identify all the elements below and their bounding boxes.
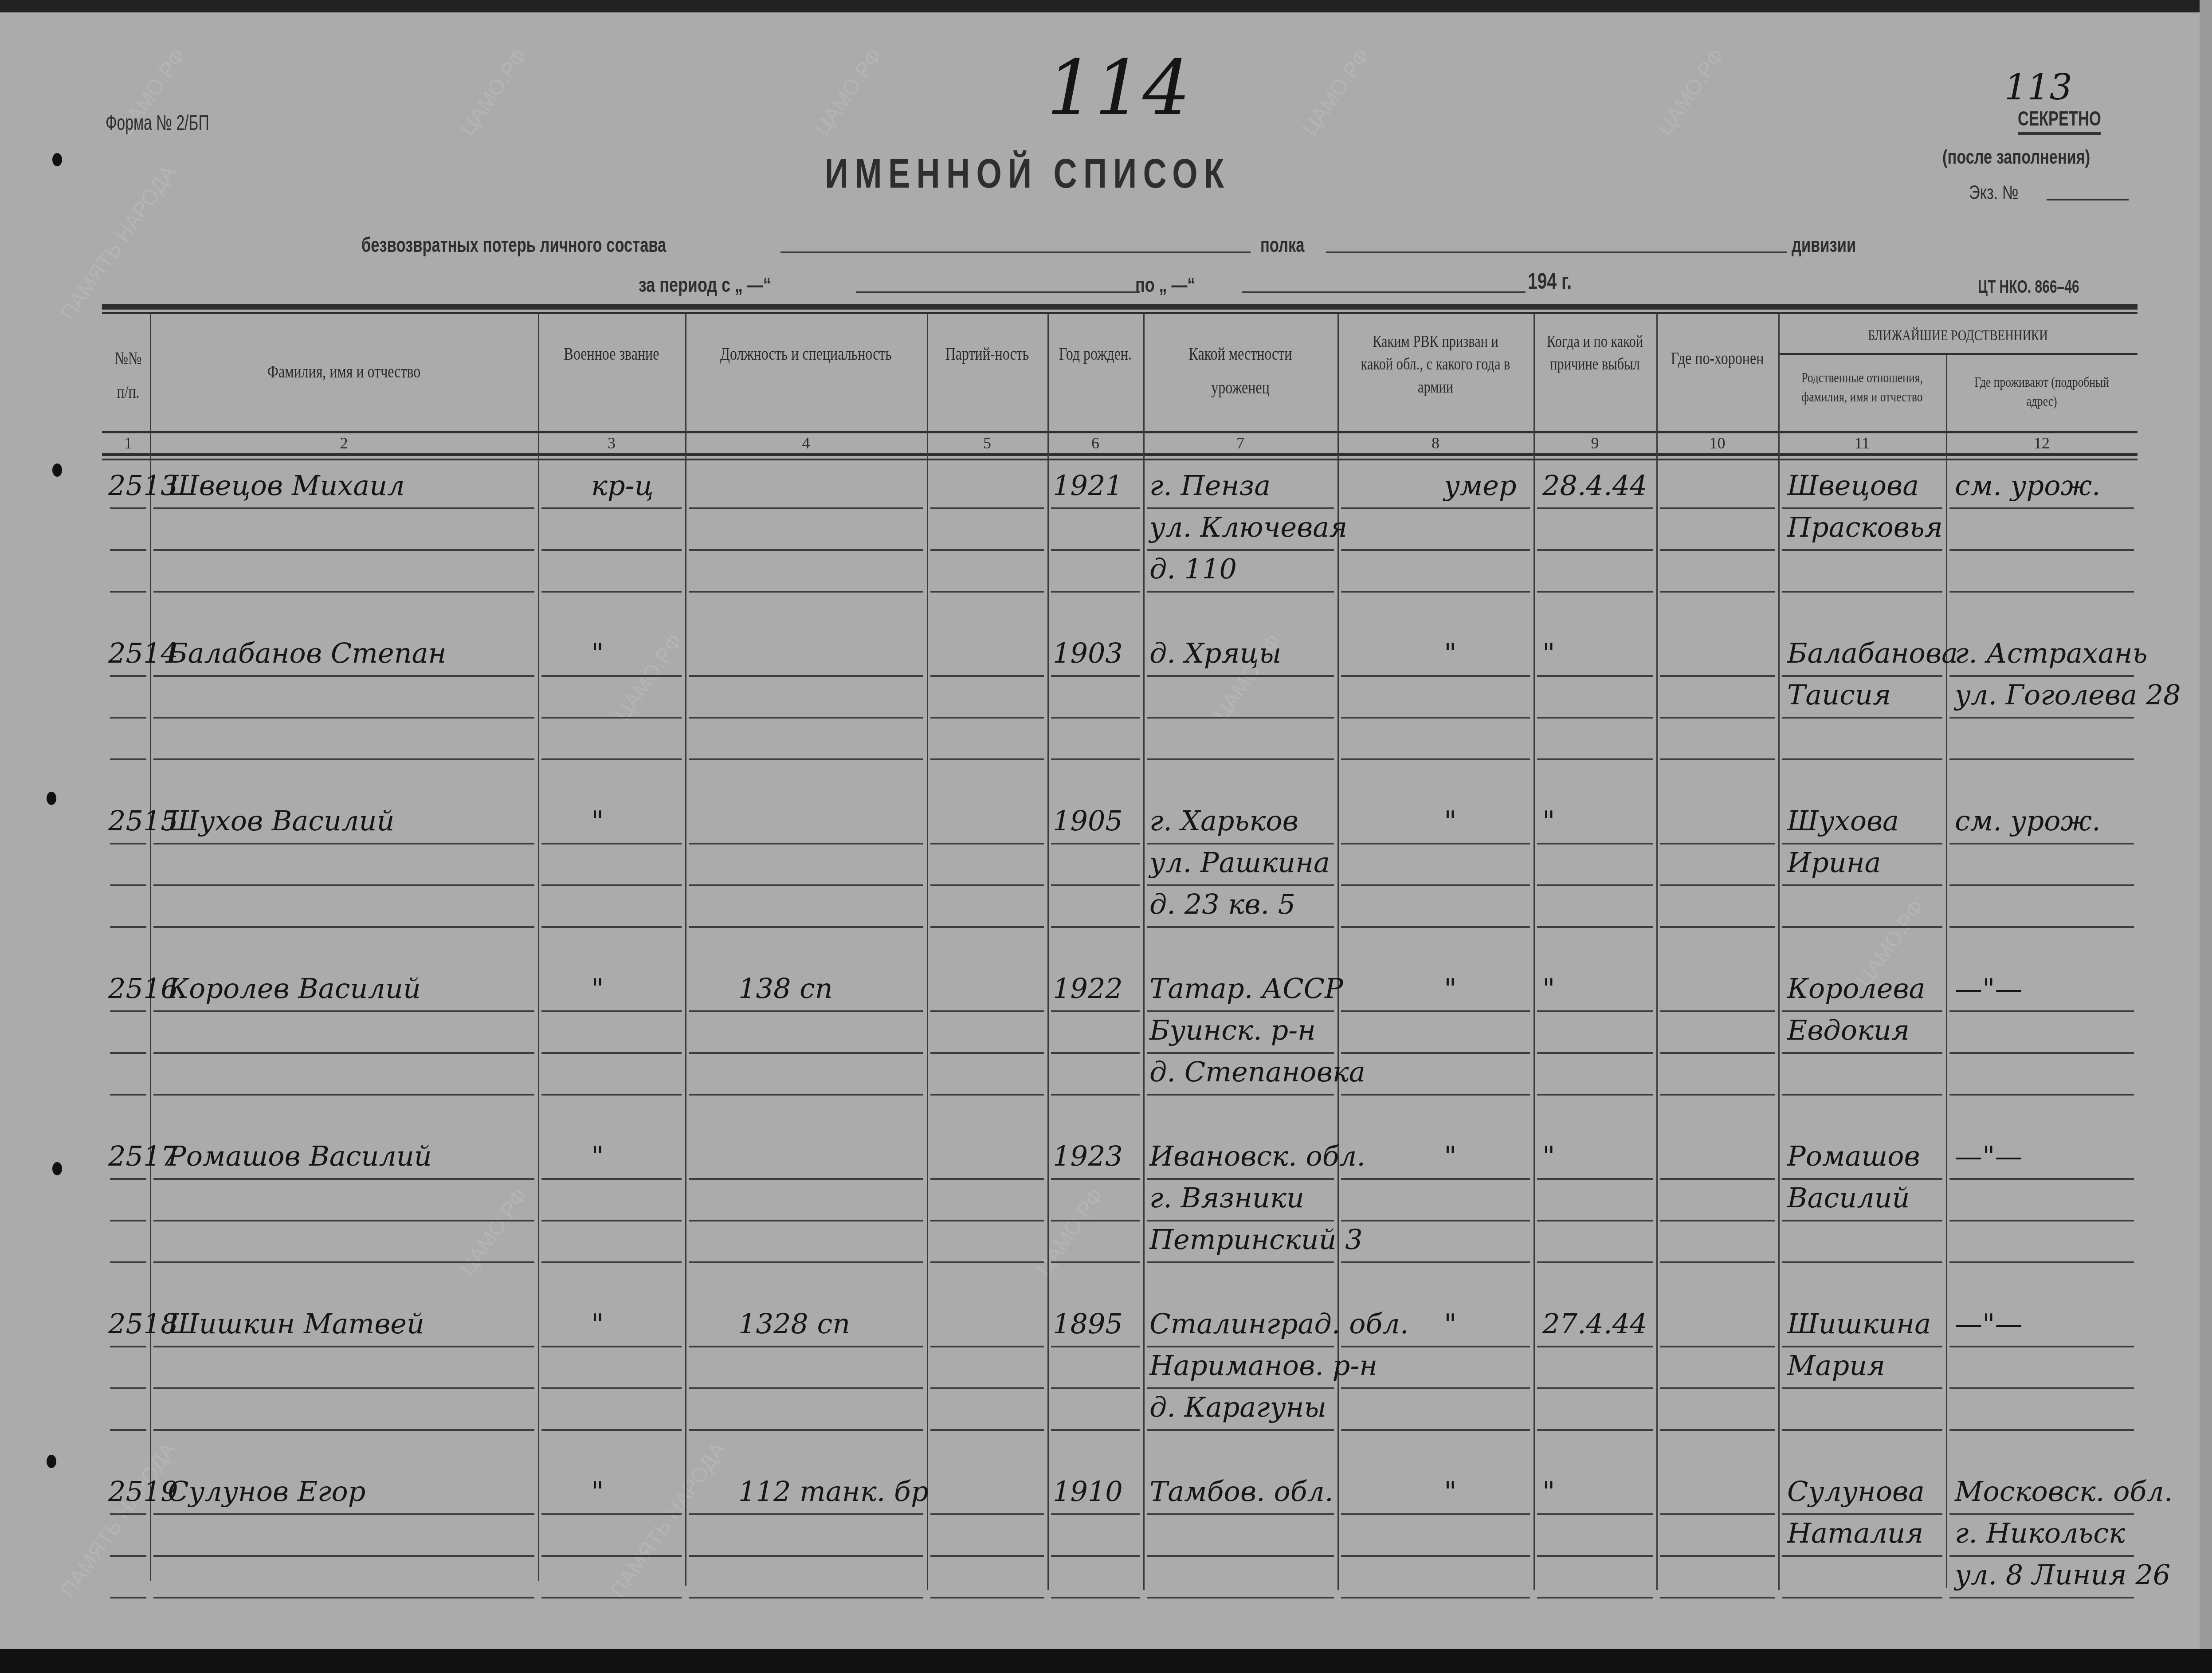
soldier-name: Шухов Василий [168,805,394,837]
ruled-line [1660,758,1775,760]
ruled-line [1660,1346,1775,1347]
ruled-line [1147,549,1334,551]
ruled-line [1660,1010,1775,1012]
regiment-field [1326,251,1787,253]
birth-year: 1910 [1053,1475,1123,1508]
ruled-line [1147,843,1334,844]
ruled-line [1051,1261,1140,1263]
column-divider [1778,313,1780,1590]
ruled-line [110,591,146,593]
ruled-line [689,1429,923,1431]
ruled-line [1051,717,1140,719]
ruled-line [1949,1597,2134,1598]
ruled-line [689,1261,923,1263]
ruled-line [541,675,682,677]
ruled-line [541,884,682,886]
birthplace-line: Буинск. р-н [1149,1014,1316,1046]
column-divider [1337,313,1339,1590]
position: 138 сп [738,972,833,1005]
ruled-line [1537,1220,1653,1221]
ruled-line [153,591,534,593]
ruled-line [930,1261,1044,1263]
ruled-line [1949,884,2134,886]
conscription-info: " [1444,1140,1457,1172]
ruled-line [153,1597,534,1598]
ruled-line [689,1555,923,1557]
column-divider [1143,313,1145,1590]
scan-bottom-edge [0,1649,2212,1673]
ruled-line [541,1346,682,1347]
birth-year: 1922 [1053,972,1123,1005]
ruled-line [930,507,1044,509]
column-header-10: Где по-хоронен [1669,342,1766,375]
column-header-7: Какой местности уроженец [1163,337,1318,405]
ruled-line [689,1220,923,1221]
ruled-line [1660,675,1775,677]
table-top-rule-thin [102,312,2137,314]
ruled-line [541,1387,682,1389]
ruled-line [1051,507,1140,509]
ruled-line [1051,758,1140,760]
ruled-line [689,884,923,886]
ruled-line [1660,1178,1775,1180]
birthplace-line: г. Пенза [1149,469,1271,502]
relative-address-line: ул. 8 Линия 26 [1955,1559,2170,1591]
ruled-line [1147,926,1334,928]
scan-right-edge [2200,0,2212,1673]
ruled-line [1537,549,1653,551]
ruled-line [1051,1052,1140,1054]
ruled-line [689,926,923,928]
ruled-line [110,1220,146,1221]
ruled-line [930,1429,1044,1431]
ruled-line [1660,1387,1775,1389]
birthplace-line: ул. Ключевая [1149,511,1347,543]
ruled-line [153,884,534,886]
ruled-line [930,926,1044,928]
ruled-line [153,1220,534,1221]
ruled-line [689,591,923,593]
ruled-line [1341,549,1530,551]
ruled-line [541,1094,682,1096]
period-to-field [1242,291,1526,293]
ruled-line [1949,1429,2134,1431]
ruled-line [1147,591,1334,593]
ruled-line [1782,1052,1942,1054]
birthplace-line: Нариманов. р-н [1149,1349,1377,1382]
ruled-line [1147,1429,1334,1431]
ruled-line [1341,1597,1530,1598]
ruled-line [110,1010,146,1012]
relative-address-line: —"— [1955,972,2023,1005]
military-rank: " [591,1308,604,1340]
military-rank: " [591,637,604,669]
ruled-line [153,1346,534,1347]
ruled-line [1537,1094,1653,1096]
column-header-5: Партий-ность [939,337,1035,371]
ruled-line [1949,1346,2134,1347]
ruled-line [689,1010,923,1012]
ruled-line [1051,1094,1140,1096]
ruled-line [1949,1052,2134,1054]
ruled-line [153,1178,534,1180]
ruled-line [110,717,146,719]
ruled-line [1660,1220,1775,1221]
birthplace-line: г. Харьков [1149,805,1298,837]
ruled-line [153,926,534,928]
ruled-line [1147,884,1334,886]
ruled-line [930,1346,1044,1347]
ruled-line [930,717,1044,719]
ruled-line [1660,1094,1775,1096]
ruled-line [1782,1513,1942,1515]
column-divider [1047,313,1049,1590]
birthplace-line: г. Вязники [1149,1182,1304,1214]
print-code: ЦТ НКО. 866–46 [1978,277,2079,297]
ruled-line [1537,1429,1653,1431]
military-rank: кр-ц [591,469,654,502]
ruled-line [1341,1052,1530,1054]
column-header-2: Фамилия, имя и отчество [189,355,499,389]
ruled-line [1660,717,1775,719]
classification-stamp: СЕКРЕТНО [2018,106,2101,135]
ruled-line [1782,507,1942,509]
ruled-line [1949,1261,2134,1263]
ruled-line [1782,1094,1942,1096]
soldier-name: Королев Василий [168,972,421,1005]
column-divider [685,313,686,1586]
position: 1328 сп [738,1308,850,1340]
relative-name-line: Королева [1787,972,1926,1005]
relative-address-line: г. Никольск [1955,1517,2125,1549]
soldier-name: Сулунов Егор [168,1475,365,1508]
ruled-line [110,843,146,844]
ruled-line [153,1429,534,1431]
column-number: 11 [1778,434,1946,452]
ruled-line [1537,1346,1653,1347]
column-header-3: Военное звание [553,337,671,371]
ruled-line [1341,591,1530,593]
ruled-line [153,1094,534,1096]
ruled-line [1660,926,1775,928]
column-number: 10 [1656,434,1778,452]
ruled-line [930,1387,1044,1389]
birthplace-line: Татар. АССР [1149,972,1343,1005]
ruled-line [110,1178,146,1180]
ruled-line [689,549,923,551]
ruled-line [1147,1094,1334,1096]
ruled-line [1660,1513,1775,1515]
ruled-line [930,1597,1044,1598]
ruled-line [1782,843,1942,844]
handwritten-page-number: 114 [1047,44,1190,132]
ruled-line [110,1597,146,1598]
birthplace-line: д. 23 кв. 5 [1149,888,1295,920]
column-number: 8 [1337,434,1533,452]
ruled-line [930,758,1044,760]
ruled-line [153,507,534,509]
birth-year: 1895 [1053,1308,1123,1340]
ruled-line [541,1178,682,1180]
position: 112 танк. бр [738,1475,929,1508]
ruled-line [1782,1597,1942,1598]
ruled-line [1051,1010,1140,1012]
ruled-line [1782,926,1942,928]
ruled-line [1341,1429,1530,1431]
military-rank: " [591,1475,604,1508]
ruled-line [1147,717,1334,719]
ruled-line [1537,1010,1653,1012]
ruled-line [1537,591,1653,593]
ruled-line [1782,1346,1942,1347]
ruled-line [1537,926,1653,928]
ruled-line [1949,1555,2134,1557]
ruled-line [1537,1513,1653,1515]
relative-name-line: Балабанова [1787,637,1958,669]
ruled-line [153,1261,534,1263]
ruled-line [1051,1178,1140,1180]
ruled-line [1660,1261,1775,1263]
ruled-line [1051,1429,1140,1431]
relative-address-line: г. Астрахань [1955,637,2147,669]
ruled-line [110,758,146,760]
ruled-line [689,1178,923,1180]
column-divider [538,313,539,1581]
ruled-line [153,1052,534,1054]
ruled-line [1341,1387,1530,1389]
ruled-line [1782,549,1942,551]
ruled-line [1341,507,1530,509]
ruled-line [1949,1220,2134,1221]
relative-address-line: см. урож. [1955,469,2101,502]
column-header-9: Когда и по какой причине выбыл [1546,330,1644,376]
relative-address-line: см. урож. [1955,805,2101,837]
column-number: 5 [927,434,1047,452]
ruled-line [1341,843,1530,844]
ruled-line [689,1387,923,1389]
ruled-line [1949,843,2134,844]
ruled-line [1147,758,1334,760]
numbers-row-rule-thin [102,459,2137,460]
ruled-line [930,884,1044,886]
ruled-line [110,1555,146,1557]
relative-name-line: Евдокия [1787,1014,1910,1046]
column-header-6: Год рожден. [1057,337,1134,371]
column-number: 6 [1047,434,1143,452]
table-top-rule [102,304,2137,310]
ruled-line [541,717,682,719]
departure-date-reason: " [1542,1140,1555,1172]
ruled-line [1051,1346,1140,1347]
departure-date-reason: 27.4.44 [1542,1308,1647,1340]
column-divider [1533,313,1535,1590]
ruled-line [1147,1513,1334,1515]
ruled-line [1051,549,1140,551]
ruled-line [1537,758,1653,760]
ruled-line [153,1010,534,1012]
ruled-line [1537,507,1653,509]
soldier-name: Ромашов Василий [168,1140,432,1172]
relative-name-line: Шухова [1787,805,1899,837]
relative-name-line: Наталия [1787,1517,1923,1549]
relative-name-line: Таисия [1787,679,1891,711]
relatives-group-rule [1778,353,2137,355]
losses-label: безвозвратных потерь личного состава [361,233,666,257]
birthplace-line: д. Хряцы [1149,637,1281,669]
ruled-line [689,1346,923,1347]
column-number: 12 [1946,434,2137,452]
ruled-line [1341,884,1530,886]
birth-year: 1903 [1053,637,1123,669]
ruled-line [1949,926,2134,928]
ruled-line [1660,549,1775,551]
punch-hole [52,1162,62,1175]
birth-year: 1923 [1053,1140,1123,1172]
ruled-line [1051,1220,1140,1221]
punch-hole [47,1455,56,1468]
ruled-line [1782,1010,1942,1012]
ruled-line [541,758,682,760]
classification-note: (после заполнения) [1942,146,2090,169]
ruled-line [1537,843,1653,844]
ruled-line [1051,926,1140,928]
ruled-line [1147,675,1334,677]
ruled-line [1147,1597,1334,1598]
ruled-line [1782,1387,1942,1389]
relative-name-line: Мария [1787,1349,1885,1382]
ruled-line [110,549,146,551]
ruled-line [1537,675,1653,677]
birthplace-line: Ивановск. обл. [1149,1140,1365,1172]
ruled-line [541,1513,682,1515]
ruled-line [541,1555,682,1557]
departure-date-reason: " [1542,637,1555,669]
ruled-line [930,1010,1044,1012]
ruled-line [1341,717,1530,719]
ruled-line [1949,1513,2134,1515]
ruled-line [930,549,1044,551]
birth-year: 1905 [1053,805,1123,837]
column-divider [1656,313,1658,1590]
form-number: Форма № 2/БП [106,111,209,135]
departure-date-reason: " [1542,1475,1555,1508]
ruled-line [1660,507,1775,509]
relative-name-line: Швецова [1787,469,1919,502]
ruled-line [1147,1220,1334,1221]
birth-year: 1921 [1053,469,1123,502]
ruled-line [1341,1010,1530,1012]
ruled-line [1341,1346,1530,1347]
ruled-line [153,1555,534,1557]
ruled-line [930,1178,1044,1180]
relatives-group-header: БЛИЖАЙШИЕ РОДСТВЕННИКИ [1814,322,2102,350]
soldier-name: Швецов Михаил [168,469,405,502]
ruled-line [930,1513,1044,1515]
ruled-line [1537,1052,1653,1054]
ruled-line [689,758,923,760]
military-rank: " [591,1140,604,1172]
period-to-label: по „ —“ [1135,273,1195,297]
military-rank: " [591,972,604,1005]
ruled-line [110,1094,146,1096]
ruled-line [1782,1220,1942,1221]
birthplace-line: Сталинград. обл. [1149,1308,1409,1340]
ruled-line [153,843,534,844]
ruled-line [1051,884,1140,886]
ruled-line [1147,1346,1334,1347]
column-header-8: Каким РВК призван и какой обл., с какого… [1357,330,1514,399]
period-year: 194 г. [1528,268,1572,294]
ruled-line [1537,717,1653,719]
ruled-line [1341,926,1530,928]
birthplace-line: д. 110 [1149,553,1237,585]
birthplace-line: ул. Рашкина [1149,846,1330,879]
ruled-line [1782,717,1942,719]
ruled-line [1949,549,2134,551]
relative-name-line: Ромашов [1787,1140,1920,1172]
ruled-line [1949,591,2134,593]
ruled-line [930,1052,1044,1054]
column-number: 3 [538,434,685,452]
copy-number-label: Экз. № [1969,182,2019,204]
relative-name-line: Прасковья [1787,511,1943,543]
ruled-line [1051,1555,1140,1557]
ruled-line [1537,1261,1653,1263]
birthplace-line: Петринский 3 [1149,1223,1363,1256]
ruled-line [153,717,534,719]
ruled-line [1537,884,1653,886]
ruled-line [1051,675,1140,677]
ruled-line [1782,1261,1942,1263]
ruled-line [1949,1178,2134,1180]
ruled-line [1782,1429,1942,1431]
numbers-row-rule [102,453,2137,456]
ruled-line [541,1429,682,1431]
punch-hole [47,792,56,805]
ruled-line [1660,884,1775,886]
relative-address-line: —"— [1955,1308,2023,1340]
ruled-line [541,1597,682,1598]
period-from-label: за период с „ —“ [639,273,771,297]
conscription-info: " [1444,1308,1457,1340]
ruled-line [1147,1387,1334,1389]
ruled-line [110,1346,146,1347]
relative-name-line: Шишкина [1787,1308,1931,1340]
ruled-line [1660,1429,1775,1431]
ruled-line [1660,1555,1775,1557]
departure-date-reason: 28.4.44 [1542,469,1647,502]
period-from-field [856,291,1140,293]
ruled-line [930,1094,1044,1096]
ruled-line [153,758,534,760]
ruled-line [1949,1387,2134,1389]
ruled-line [1341,1513,1530,1515]
ruled-line [1341,1555,1530,1557]
column-divider [927,313,928,1590]
ruled-line [541,1261,682,1263]
ruled-line [1660,843,1775,844]
ruled-line [110,884,146,886]
relative-address-line: ул. Гоголева 28 [1955,679,2181,711]
ruled-line [1660,1597,1775,1598]
copy-number-field [2047,199,2129,200]
ruled-line [1147,1261,1334,1263]
ruled-line [689,1052,923,1054]
ruled-line [541,549,682,551]
ruled-line [930,843,1044,844]
punch-hole [52,463,62,477]
ruled-line [1051,591,1140,593]
